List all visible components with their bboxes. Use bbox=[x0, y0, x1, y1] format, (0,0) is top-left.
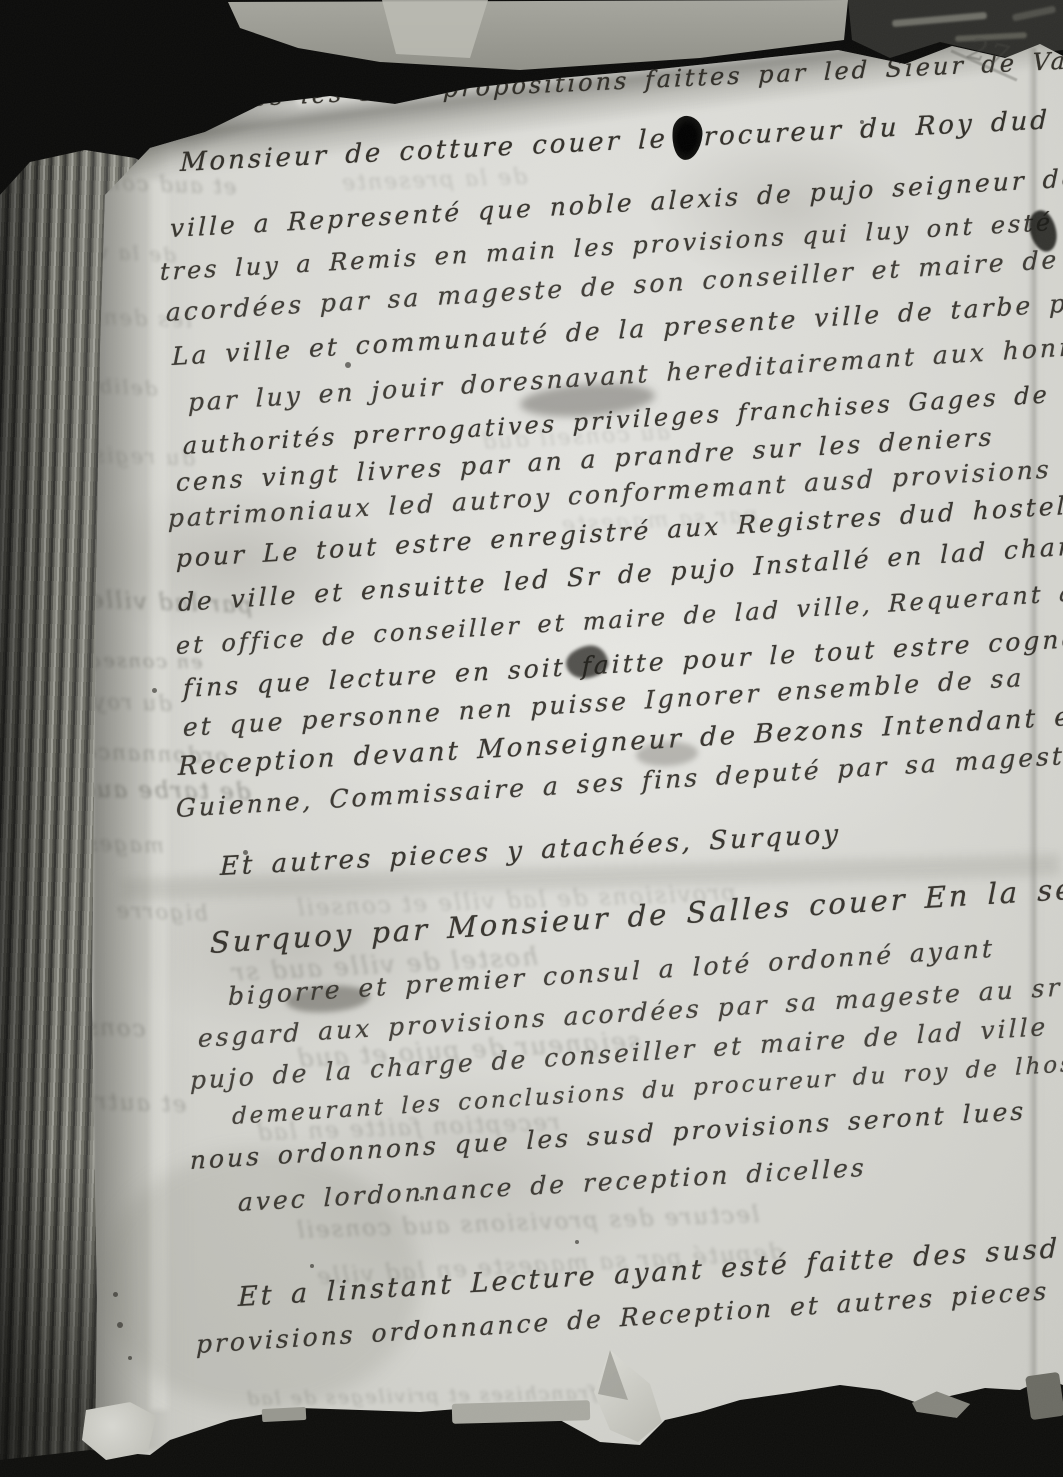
ink-speck bbox=[420, 1196, 424, 1200]
ink-blot bbox=[670, 115, 704, 162]
bleedthrough-text: bigorre bbox=[115, 898, 209, 925]
ink-speck bbox=[310, 1264, 314, 1268]
paper-scrap bbox=[262, 1407, 307, 1422]
ink-speck bbox=[860, 120, 864, 124]
ink-speck bbox=[575, 1240, 579, 1244]
ink-speck bbox=[243, 850, 248, 855]
bleedthrough-text: de la presente bbox=[340, 165, 528, 197]
ink-speck bbox=[345, 362, 351, 368]
manuscript-page: et aud conseilde la villeles deniersdeli… bbox=[0, 0, 1063, 1477]
ink-speck bbox=[128, 1356, 132, 1360]
paper-scrap bbox=[1025, 1372, 1063, 1420]
ink-speck bbox=[113, 1292, 118, 1297]
paper-scrap bbox=[452, 1400, 590, 1424]
ink-speck bbox=[152, 688, 157, 693]
archival-scan: et aud conseilde la villeles deniersdeli… bbox=[0, 0, 1063, 1477]
ink-speck bbox=[117, 1322, 123, 1328]
